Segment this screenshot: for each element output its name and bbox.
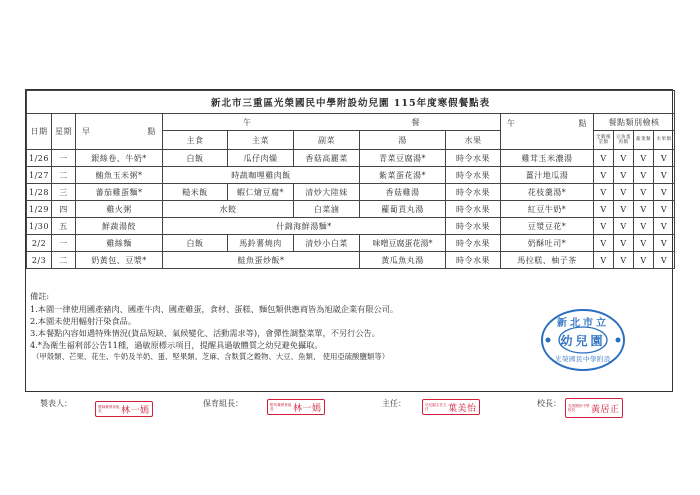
row-date: 1/30 <box>27 218 52 235</box>
notes-section: 備註: 1.本園一律使用國產豬肉、國產牛肉、國產雞蛋，食材、蛋糕、麵包類供應商皆… <box>30 290 550 363</box>
row-fruit: 時令水果 <box>446 252 501 269</box>
note-item: 2.本園未使用輻射汙染食品。 <box>30 315 550 327</box>
row-check-fruit: V <box>654 150 675 167</box>
row-weekday: 一 <box>52 235 76 252</box>
row-soup: 黃瓜魚丸湯 <box>360 252 446 269</box>
header-breakfast: 早點 <box>76 114 163 150</box>
row-breakfast: 雞絲麵 <box>76 235 163 252</box>
row-breakfast: 銀絲卷、牛奶* <box>76 150 163 167</box>
row-side-dish: 清炒大陸妹 <box>294 184 360 201</box>
seal-preparer-title: 教師兼保育組長 <box>98 405 120 413</box>
row-breakfast: 鮮蔬湯餃 <box>76 218 163 235</box>
header-staple: 主食 <box>163 131 228 150</box>
row-breakfast: 奶黃包、豆漿* <box>76 252 163 269</box>
row-check-fruit: V <box>654 201 675 218</box>
menu-table: 新北市三重區光榮國民中學附設幼兒園 115年度寒假餐點表 日期 星期 早點 午餐… <box>26 90 675 269</box>
row-main-dish: 瓜仔肉燥 <box>228 150 294 167</box>
header-lunch-right: 餐 <box>412 117 421 128</box>
seal-principal-name: 黃居正 <box>591 402 620 415</box>
row-date: 2/2 <box>27 235 52 252</box>
row-combined-meal: 鮭魚蛋炒飯* <box>163 252 360 269</box>
row-side-dish: 清炒小白菜 <box>294 235 360 252</box>
row-check-veg: V <box>634 201 654 218</box>
notes-label: 備註: <box>30 290 550 302</box>
table-row: 1/29 四 雞火粥 水餃 白菜滷 蘿蔔貢丸湯 時令水果 紅豆牛奶* V V V… <box>27 201 675 218</box>
header-side-dish: 副菜 <box>294 131 360 150</box>
row-check-veg: V <box>634 184 654 201</box>
row-weekday: 五 <box>52 218 76 235</box>
row-snack: 奶酥吐司* <box>501 235 594 252</box>
note-item: 4.*為衛生福利部公告11種，過敏原標示項目，提醒具過敏體質之幼兒避免攝取。 <box>30 339 550 351</box>
table-row: 2/2 一 雞絲麵 白飯 馬鈴薯燒肉 清炒小白菜 味噌豆腐蛋花湯* 時令水果 奶… <box>27 235 675 252</box>
row-fruit: 時令水果 <box>446 150 501 167</box>
row-soup: 味噌豆腐蛋花湯* <box>360 235 446 252</box>
row-snack: 馬拉糕、柚子茶 <box>501 252 594 269</box>
sig-label-director: 主任： <box>382 398 406 409</box>
header-check-fruit: 水果類 <box>654 131 675 150</box>
row-snack: 雞茸玉米濃湯 <box>501 150 594 167</box>
row-check-grains: V <box>594 252 614 269</box>
row-snack: 花枝羹湯* <box>501 184 594 201</box>
row-check-protein: V <box>614 252 634 269</box>
row-fruit: 時令水果 <box>446 184 501 201</box>
row-fruit: 時令水果 <box>446 201 501 218</box>
sig-label-preparer: 製表人： <box>40 398 72 409</box>
note-item: （甲殼類、芒果、花生、牛奶及羊奶、蛋、堅果類、芝麻、含麩質之穀物、大豆、魚類、 … <box>30 351 550 363</box>
row-check-fruit: V <box>654 167 675 184</box>
sig-label-principal: 校長： <box>537 398 561 409</box>
row-fruit: 時令水果 <box>446 218 501 235</box>
row-check-fruit: V <box>654 252 675 269</box>
note-item: 3.本餐點內容如遇特殊情況(貨品短缺、氣候變化、活動需求等)，會彈性調整菜單，不… <box>30 327 550 339</box>
row-staple: 糙米飯 <box>163 184 228 201</box>
row-check-grains: V <box>594 167 614 184</box>
row-fruit: 時令水果 <box>446 235 501 252</box>
table-row: 1/30 五 鮮蔬湯餃 什錦海鮮湯麵* 時令水果 豆漿豆花* V V V V <box>27 218 675 235</box>
header-snack: 午點 <box>501 114 594 150</box>
row-check-grains: V <box>594 150 614 167</box>
school-stamp-center: 幼兒園 <box>540 332 626 349</box>
document-title: 新北市三重區光榮國民中學附設幼兒園 115年度寒假餐點表 <box>27 91 675 114</box>
seal-director-title: 幼兒園主任主任 <box>425 403 447 411</box>
row-breakfast: 鮪魚玉米粥* <box>76 167 163 184</box>
header-weekday: 星期 <box>52 114 76 150</box>
header-snack-right: 點 <box>579 118 588 129</box>
header-breakfast-left: 早 <box>82 126 91 137</box>
row-staple-main: 水餃 <box>163 201 294 218</box>
header-fruit: 水果 <box>446 131 501 150</box>
row-soup: 蘿蔔貢丸湯 <box>360 201 446 218</box>
row-soup: 香菇雞湯 <box>360 184 446 201</box>
row-check-protein: V <box>614 218 634 235</box>
row-check-fruit: V <box>654 184 675 201</box>
row-date: 1/29 <box>27 201 52 218</box>
row-check-protein: V <box>614 201 634 218</box>
row-check-veg: V <box>634 252 654 269</box>
row-side-dish: 白菜滷 <box>294 201 360 218</box>
row-snack: 薑汁地瓜湯 <box>501 167 594 184</box>
row-main-dish: 馬鈴薯燒肉 <box>228 235 294 252</box>
row-fruit: 時令水果 <box>446 167 501 184</box>
header-check-veg: 蔬菜類 <box>634 131 654 150</box>
table-row: 1/27 二 鮪魚玉米粥* 時蔬咖哩雞肉飯 紫菜蛋花湯* 時令水果 薑汁地瓜湯 … <box>27 167 675 184</box>
row-main-dish: 蝦仁燴豆腐* <box>228 184 294 201</box>
seal-director-name: 葉美怡 <box>448 401 477 414</box>
seal-preparer: 教師兼保育組長 林一嫣 <box>95 401 153 417</box>
row-check-veg: V <box>634 167 654 184</box>
header-check-protein: 豆魚蛋肉類 <box>614 131 634 150</box>
row-check-veg: V <box>634 150 654 167</box>
row-check-protein: V <box>614 235 634 252</box>
row-combined-meal: 什錦海鮮湯麵* <box>163 218 446 235</box>
seal-preparer-name: 林一嫣 <box>121 403 150 416</box>
row-snack: 豆漿豆花* <box>501 218 594 235</box>
seal-childcare-head-title: 附幼兼保育組長 <box>270 403 292 411</box>
seal-principal: 光榮國民中學校長 黃居正 <box>565 398 623 418</box>
row-check-fruit: V <box>654 218 675 235</box>
row-date: 1/26 <box>27 150 52 167</box>
row-check-grains: V <box>594 235 614 252</box>
seal-childcare-head-name: 林一嫣 <box>293 401 322 414</box>
row-check-grains: V <box>594 218 614 235</box>
row-staple: 白飯 <box>163 235 228 252</box>
seal-principal-title: 光榮國民中學校長 <box>568 404 590 412</box>
header-main-dish: 主菜 <box>228 131 294 150</box>
header-breakfast-right: 點 <box>148 126 157 137</box>
header-date: 日期 <box>27 114 52 150</box>
note-item: 1.本園一律使用國產豬肉、國產牛肉、國產雞蛋，食材、蛋糕、麵包類供應商皆為旭崴企… <box>30 303 550 315</box>
table-row: 1/28 三 蕃茄雞蛋麵* 糙米飯 蝦仁燴豆腐* 清炒大陸妹 香菇雞湯 時令水果… <box>27 184 675 201</box>
table-row: 1/26 一 銀絲卷、牛奶* 白飯 瓜仔肉燥 香菇高麗菜 青菜豆腐湯* 時令水果… <box>27 150 675 167</box>
row-weekday: 二 <box>52 167 76 184</box>
row-check-protein: V <box>614 150 634 167</box>
row-weekday: 二 <box>52 252 76 269</box>
seal-childcare-head: 附幼兼保育組長 林一嫣 <box>267 399 325 415</box>
row-check-fruit: V <box>654 235 675 252</box>
row-snack: 紅豆牛奶* <box>501 201 594 218</box>
seal-director: 幼兒園主任主任 葉美怡 <box>422 399 480 415</box>
row-combined-meal: 時蔬咖哩雞肉飯 <box>163 167 360 184</box>
row-weekday: 四 <box>52 201 76 218</box>
header-check: 餐點類別檢核 <box>594 114 675 131</box>
signature-row: 製表人： 教師兼保育組長 林一嫣 保育組長： 附幼兼保育組長 林一嫣 主任： 幼… <box>0 396 700 426</box>
school-stamp: 新北市立 幼兒園 光榮國民中學附設 <box>540 308 626 372</box>
header-lunch: 午餐 <box>163 114 501 131</box>
row-check-protein: V <box>614 184 634 201</box>
table-row: 2/3 二 奶黃包、豆漿* 鮭魚蛋炒飯* 黃瓜魚丸湯 時令水果 馬拉糕、柚子茶 … <box>27 252 675 269</box>
row-date: 1/28 <box>27 184 52 201</box>
header-soup: 湯 <box>360 131 446 150</box>
row-check-veg: V <box>634 218 654 235</box>
school-stamp-bottom: 光榮國民中學附設 <box>540 354 626 363</box>
row-weekday: 三 <box>52 184 76 201</box>
row-check-grains: V <box>594 184 614 201</box>
header-lunch-left: 午 <box>243 117 252 128</box>
row-breakfast: 雞火粥 <box>76 201 163 218</box>
row-soup: 紫菜蛋花湯* <box>360 167 446 184</box>
row-breakfast: 蕃茄雞蛋麵* <box>76 184 163 201</box>
row-date: 2/3 <box>27 252 52 269</box>
row-soup: 青菜豆腐湯* <box>360 150 446 167</box>
row-date: 1/27 <box>27 167 52 184</box>
row-side-dish: 香菇高麗菜 <box>294 150 360 167</box>
school-stamp-top: 新北市立 <box>540 314 626 329</box>
header-snack-left: 午 <box>507 118 516 129</box>
row-weekday: 一 <box>52 150 76 167</box>
row-check-grains: V <box>594 201 614 218</box>
row-check-protein: V <box>614 167 634 184</box>
sig-label-childcare-head: 保育組長： <box>203 398 243 409</box>
header-check-grains: 全穀根莖類 <box>594 131 614 150</box>
row-staple: 白飯 <box>163 150 228 167</box>
row-check-veg: V <box>634 235 654 252</box>
